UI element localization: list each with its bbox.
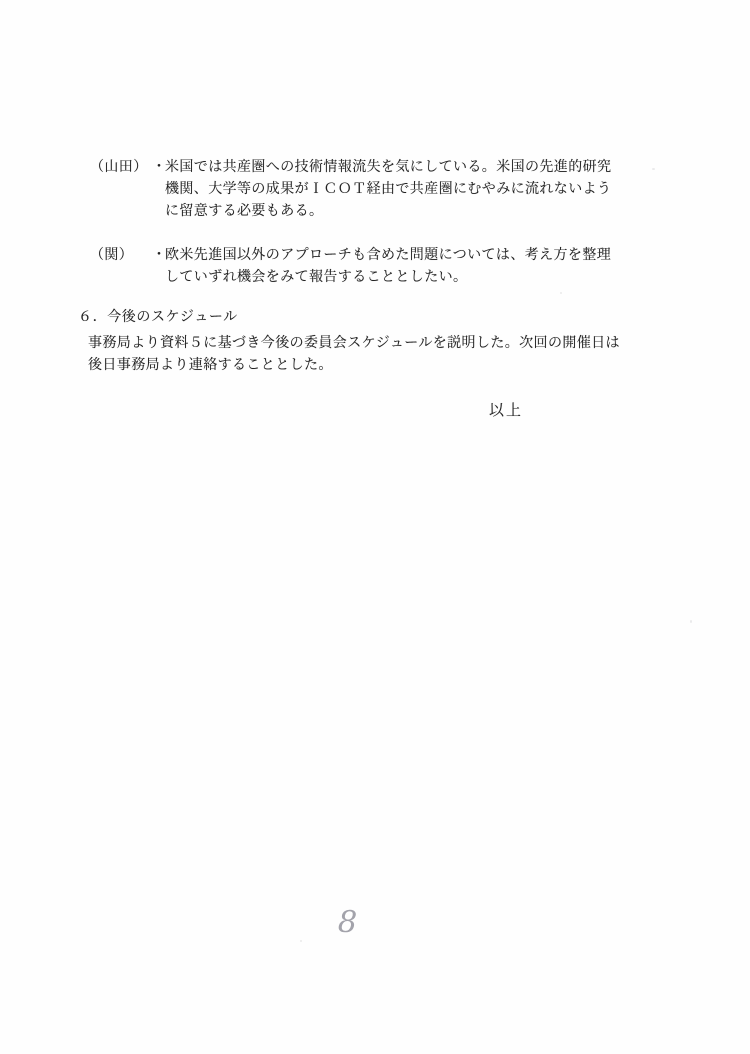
remark-line: 米国では共産圏への技術情報流失を気にしている。米国の先進的研究 bbox=[165, 156, 611, 178]
speaker-label-yamada: （山田） bbox=[90, 156, 152, 178]
scanned-document-page: （山田） ・ 米国では共産圏への技術情報流失を気にしている。米国の先進的研究 機… bbox=[0, 0, 750, 1054]
handwritten-page-number: 8 bbox=[337, 905, 357, 941]
remark-yamada: （山田） ・ 米国では共産圏への技術情報流失を気にしている。米国の先進的研究 機… bbox=[90, 156, 611, 222]
bullet-marker: ・ bbox=[152, 244, 165, 266]
remark-line: に留意する必要もある。 bbox=[165, 200, 611, 222]
closing-ijou: 以上 bbox=[489, 401, 523, 419]
scan-speck bbox=[300, 940, 302, 942]
remark-seki: （関） ・ 欧米先進国以外のアプローチも含めた問題については、考え方を整理 して… bbox=[90, 244, 611, 288]
section-line: 事務局より資料５に基づき今後の委員会スケジュールを説明した。次回の開催日は bbox=[88, 332, 620, 354]
section-heading: ６．今後のスケジュール bbox=[78, 306, 620, 328]
remark-text-yamada: 米国では共産圏への技術情報流失を気にしている。米国の先進的研究 機関、大学等の成… bbox=[165, 156, 611, 222]
scan-speck bbox=[652, 168, 655, 170]
speaker-label-seki: （関） bbox=[90, 244, 152, 266]
remark-line: 機関、大学等の成果がＩＣＯＴ経由で共産圏にむやみに流れないよう bbox=[165, 178, 611, 200]
remark-line: 欧米先進国以外のアプローチも含めた問題については、考え方を整理 bbox=[165, 244, 611, 266]
scan-speck bbox=[560, 292, 562, 294]
remark-line: していずれ機会をみて報告することとしたい。 bbox=[165, 266, 611, 288]
scan-speck bbox=[690, 620, 692, 623]
section-line: 後日事務局より連絡することとした。 bbox=[88, 354, 620, 376]
bullet-marker: ・ bbox=[152, 156, 165, 178]
section-6-schedule: ６．今後のスケジュール 事務局より資料５に基づき今後の委員会スケジュールを説明し… bbox=[78, 306, 620, 376]
section-body: 事務局より資料５に基づき今後の委員会スケジュールを説明した。次回の開催日は 後日… bbox=[88, 332, 620, 376]
remark-text-seki: 欧米先進国以外のアプローチも含めた問題については、考え方を整理 していずれ機会を… bbox=[165, 244, 611, 288]
